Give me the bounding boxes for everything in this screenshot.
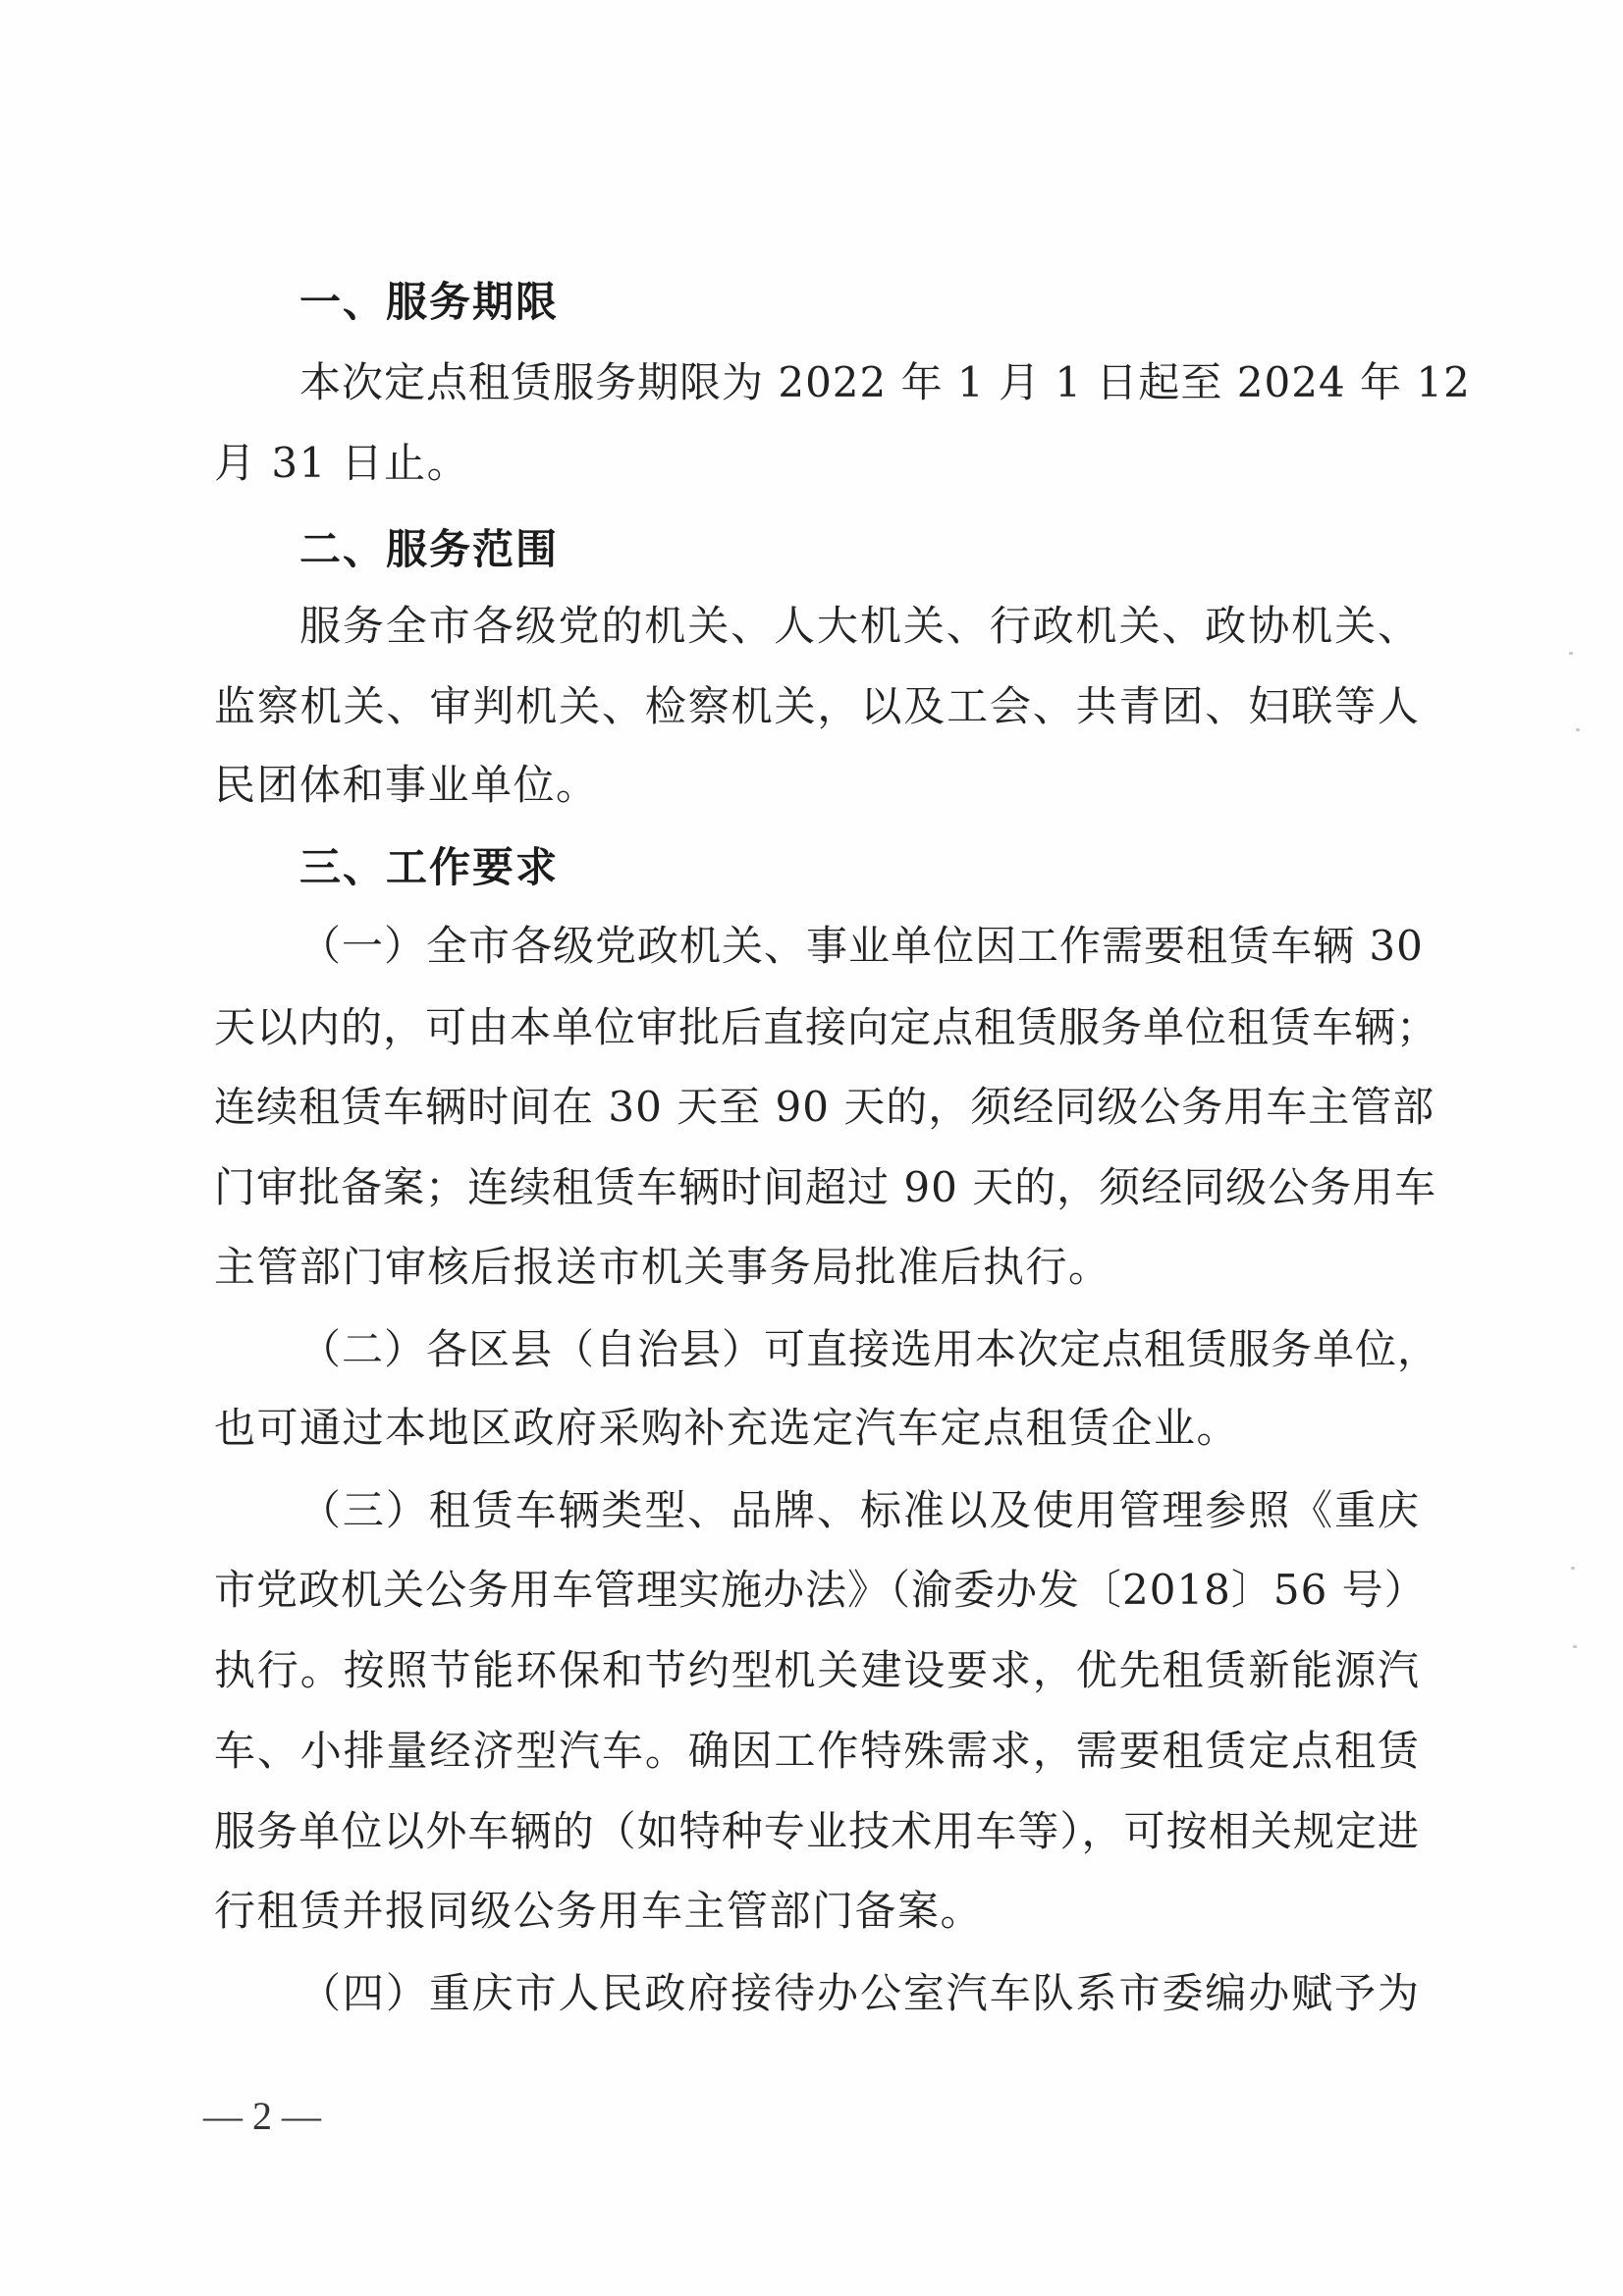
paragraph-line: 月 31 日止。 <box>214 423 469 504</box>
scan-speck <box>1576 728 1580 731</box>
paragraph-line: 主管部门审核后报送市机关事务局批准后执行。 <box>214 1227 1111 1308</box>
paragraph-line: 民团体和事业单位。 <box>214 745 599 826</box>
scan-speck <box>1573 1645 1577 1648</box>
paragraph-line: 服务单位以外车辆的（如特种专业技术用车等），可按相关规定进 <box>214 1791 1420 1872</box>
paragraph-line: 车、小排量经济型汽车。确因工作特殊需求，需要租赁定点租赁 <box>214 1711 1420 1791</box>
paragraph-line: （三）租赁车辆类型、品牌、标准以及使用管理参照《重庆 <box>299 1470 1420 1551</box>
scan-speck <box>1571 1567 1575 1570</box>
scan-speck <box>1569 652 1573 655</box>
paragraph-line: （一）全市各级党政机关、事业单位因工作需要租赁车辆 30 <box>299 906 1420 987</box>
paragraph-line: 服务全市各级党的机关、人大机关、行政机关、政协机关、 <box>299 586 1420 667</box>
paragraph-line: （四）重庆市人民政府接待办公室汽车队系市委编办赋予为 <box>299 1953 1420 2034</box>
document-page: 一、服务期限 本次定点租赁服务期限为 2022 年 1 月 1 日起至 2024… <box>0 0 1623 2296</box>
paragraph-line: 执行。按照节能环保和节约型机关建设要求，优先租赁新能源汽 <box>214 1630 1420 1711</box>
paragraph-line: 门审批备案；连续租赁车辆时间超过 90 天的，须经同级公务用车 <box>214 1148 1420 1228</box>
paragraph-line: 天以内的，可由本单位审批后直接向定点租赁服务单位租赁车辆； <box>214 988 1420 1068</box>
paragraph-line: 本次定点租赁服务期限为 2022 年 1 月 1 日起至 2024 年 12 <box>299 343 1420 423</box>
section-heading-service-scope: 二、服务范围 <box>299 509 559 590</box>
paragraph-line: 连续租赁车辆时间在 30 天至 90 天的，须经同级公务用车主管部 <box>214 1067 1420 1148</box>
section-heading-service-period: 一、服务期限 <box>299 262 559 343</box>
section-heading-work-requirements: 三、工作要求 <box>299 828 559 908</box>
paragraph-line: 行租赁并报同级公务用车主管部门备案。 <box>214 1871 983 1951</box>
paragraph-line: （二）各区县（自治县）可直接选用本次定点租赁服务单位， <box>299 1309 1420 1390</box>
page-number: — 2 — <box>203 2089 321 2144</box>
paragraph-line: 监察机关、审判机关、检察机关，以及工会、共青团、妇联等人 <box>214 667 1420 747</box>
paragraph-line: 也可通过本地区政府采购补充选定汽车定点租赁企业。 <box>214 1388 1239 1468</box>
paragraph-line: 市党政机关公务用车管理实施办法》（渝委办发〔2018〕56 号） <box>214 1550 1420 1630</box>
